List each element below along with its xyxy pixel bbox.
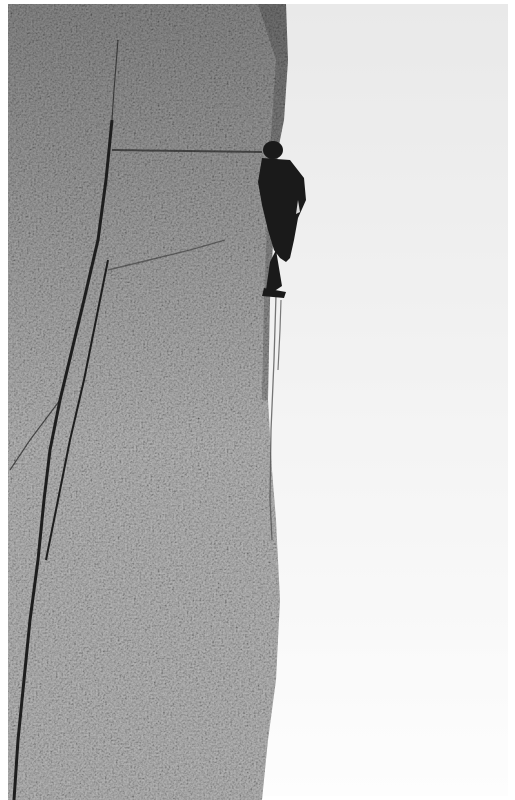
climber-head <box>263 141 283 159</box>
climbing-photograph: Black-and-white photograph of a climber … <box>0 0 515 800</box>
rock-wall <box>8 4 288 800</box>
photo-canvas <box>0 0 515 800</box>
